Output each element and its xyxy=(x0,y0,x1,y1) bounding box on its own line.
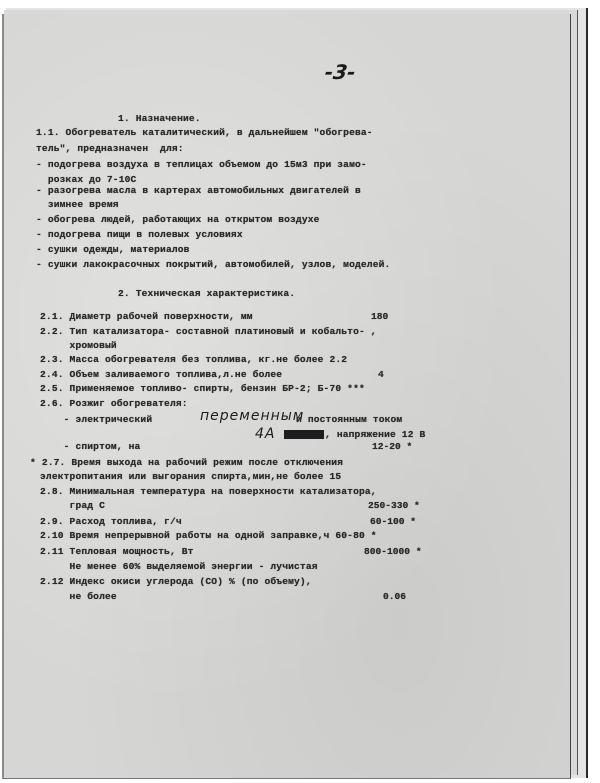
section1-line: - подогрева воздуха в теплицах объемом д… xyxy=(36,159,367,170)
spec-row-value: 180 xyxy=(371,311,388,322)
spec-row-label: - электрический xyxy=(40,414,152,425)
spec-row-label: 2.2. Тип катализатора- составной платино… xyxy=(40,326,377,337)
section1-line: - подогрева пищи в полевых условиях xyxy=(36,229,243,240)
spec-row-label: 2.6. Розжиг обогревателя: xyxy=(40,398,188,409)
spec-row-label: 2.8. Минимальная температура на поверхно… xyxy=(40,486,377,497)
spec-row-value: 800-1000 * xyxy=(364,546,422,557)
spec-row-label: 2.4. Объем заливаемого топлива,л.не боле… xyxy=(40,369,282,380)
section1-line: - разогрева масла в картерах автомобильн… xyxy=(36,185,361,196)
ignition-dc-text: и постоянным током xyxy=(296,414,402,425)
page-number: -3- xyxy=(323,60,357,84)
section1-line: тель", предназначен для: xyxy=(36,143,184,154)
spec-row-value: 12-20 * xyxy=(372,441,412,452)
spec-row-label: * 2.7. Время выхода на рабочий режим пос… xyxy=(30,457,343,468)
spec-row-label: 2.9. Расход топлива, г/ч xyxy=(40,516,182,527)
handwritten-ignition-ac: переменным xyxy=(200,408,304,424)
spec-row-label: 2.12 Индекс окиси углерода (СО) % (по об… xyxy=(40,576,312,587)
section1-line: - обогрева людей, работающих на открытом… xyxy=(36,214,320,225)
handwritten-current: 4А xyxy=(255,426,275,442)
section1-line: 1.1. Обогреватель каталитический, в даль… xyxy=(36,127,373,138)
redaction-mark xyxy=(284,430,324,439)
spec-row-label: Не менее 60% выделяемой энергии - лучист… xyxy=(40,561,318,572)
spec-row-label: 2.3. Масса обогревателя без топлива, кг.… xyxy=(40,354,347,365)
spec-row-label: град С xyxy=(40,500,105,511)
spec-row-value: 250-330 * xyxy=(368,500,420,511)
spec-row-label: 2.5. Применяемое топливо- спирты, бензин… xyxy=(40,383,365,394)
section1-line: розках до 7-10С xyxy=(36,174,136,185)
section1-line: зимнее время xyxy=(36,199,119,210)
spec-row-label: - спиртом, на xyxy=(40,441,140,452)
section1-line: - сушки одежды, материалов xyxy=(36,244,190,255)
spec-row-label: 2.10 Время непрерывной работы на одной з… xyxy=(40,530,377,541)
spec-row-label: 2.1. Диаметр рабочей поверхности, мм xyxy=(40,311,253,322)
spec-row-value: 4 xyxy=(378,369,384,380)
section1-title: 1. Назначение. xyxy=(118,113,201,124)
spec-row-value: 60-100 * xyxy=(370,516,416,527)
spec-row-label: 2.11 Тепловая мощность, Вт xyxy=(40,546,194,557)
section1-line: - сушки лакокрасочных покрытий, автомоби… xyxy=(36,259,390,270)
spec-row-value: 0.06 xyxy=(383,591,406,602)
voltage-text: , напряжение 12 В xyxy=(325,429,425,440)
spec-row-label: не более xyxy=(40,591,117,602)
spec-row-label: хромовый xyxy=(40,340,117,351)
spec-row-label: электропитания или выгорания спирта,мин,… xyxy=(40,471,341,482)
section2-title: 2. Техническая характеристика. xyxy=(118,288,295,299)
